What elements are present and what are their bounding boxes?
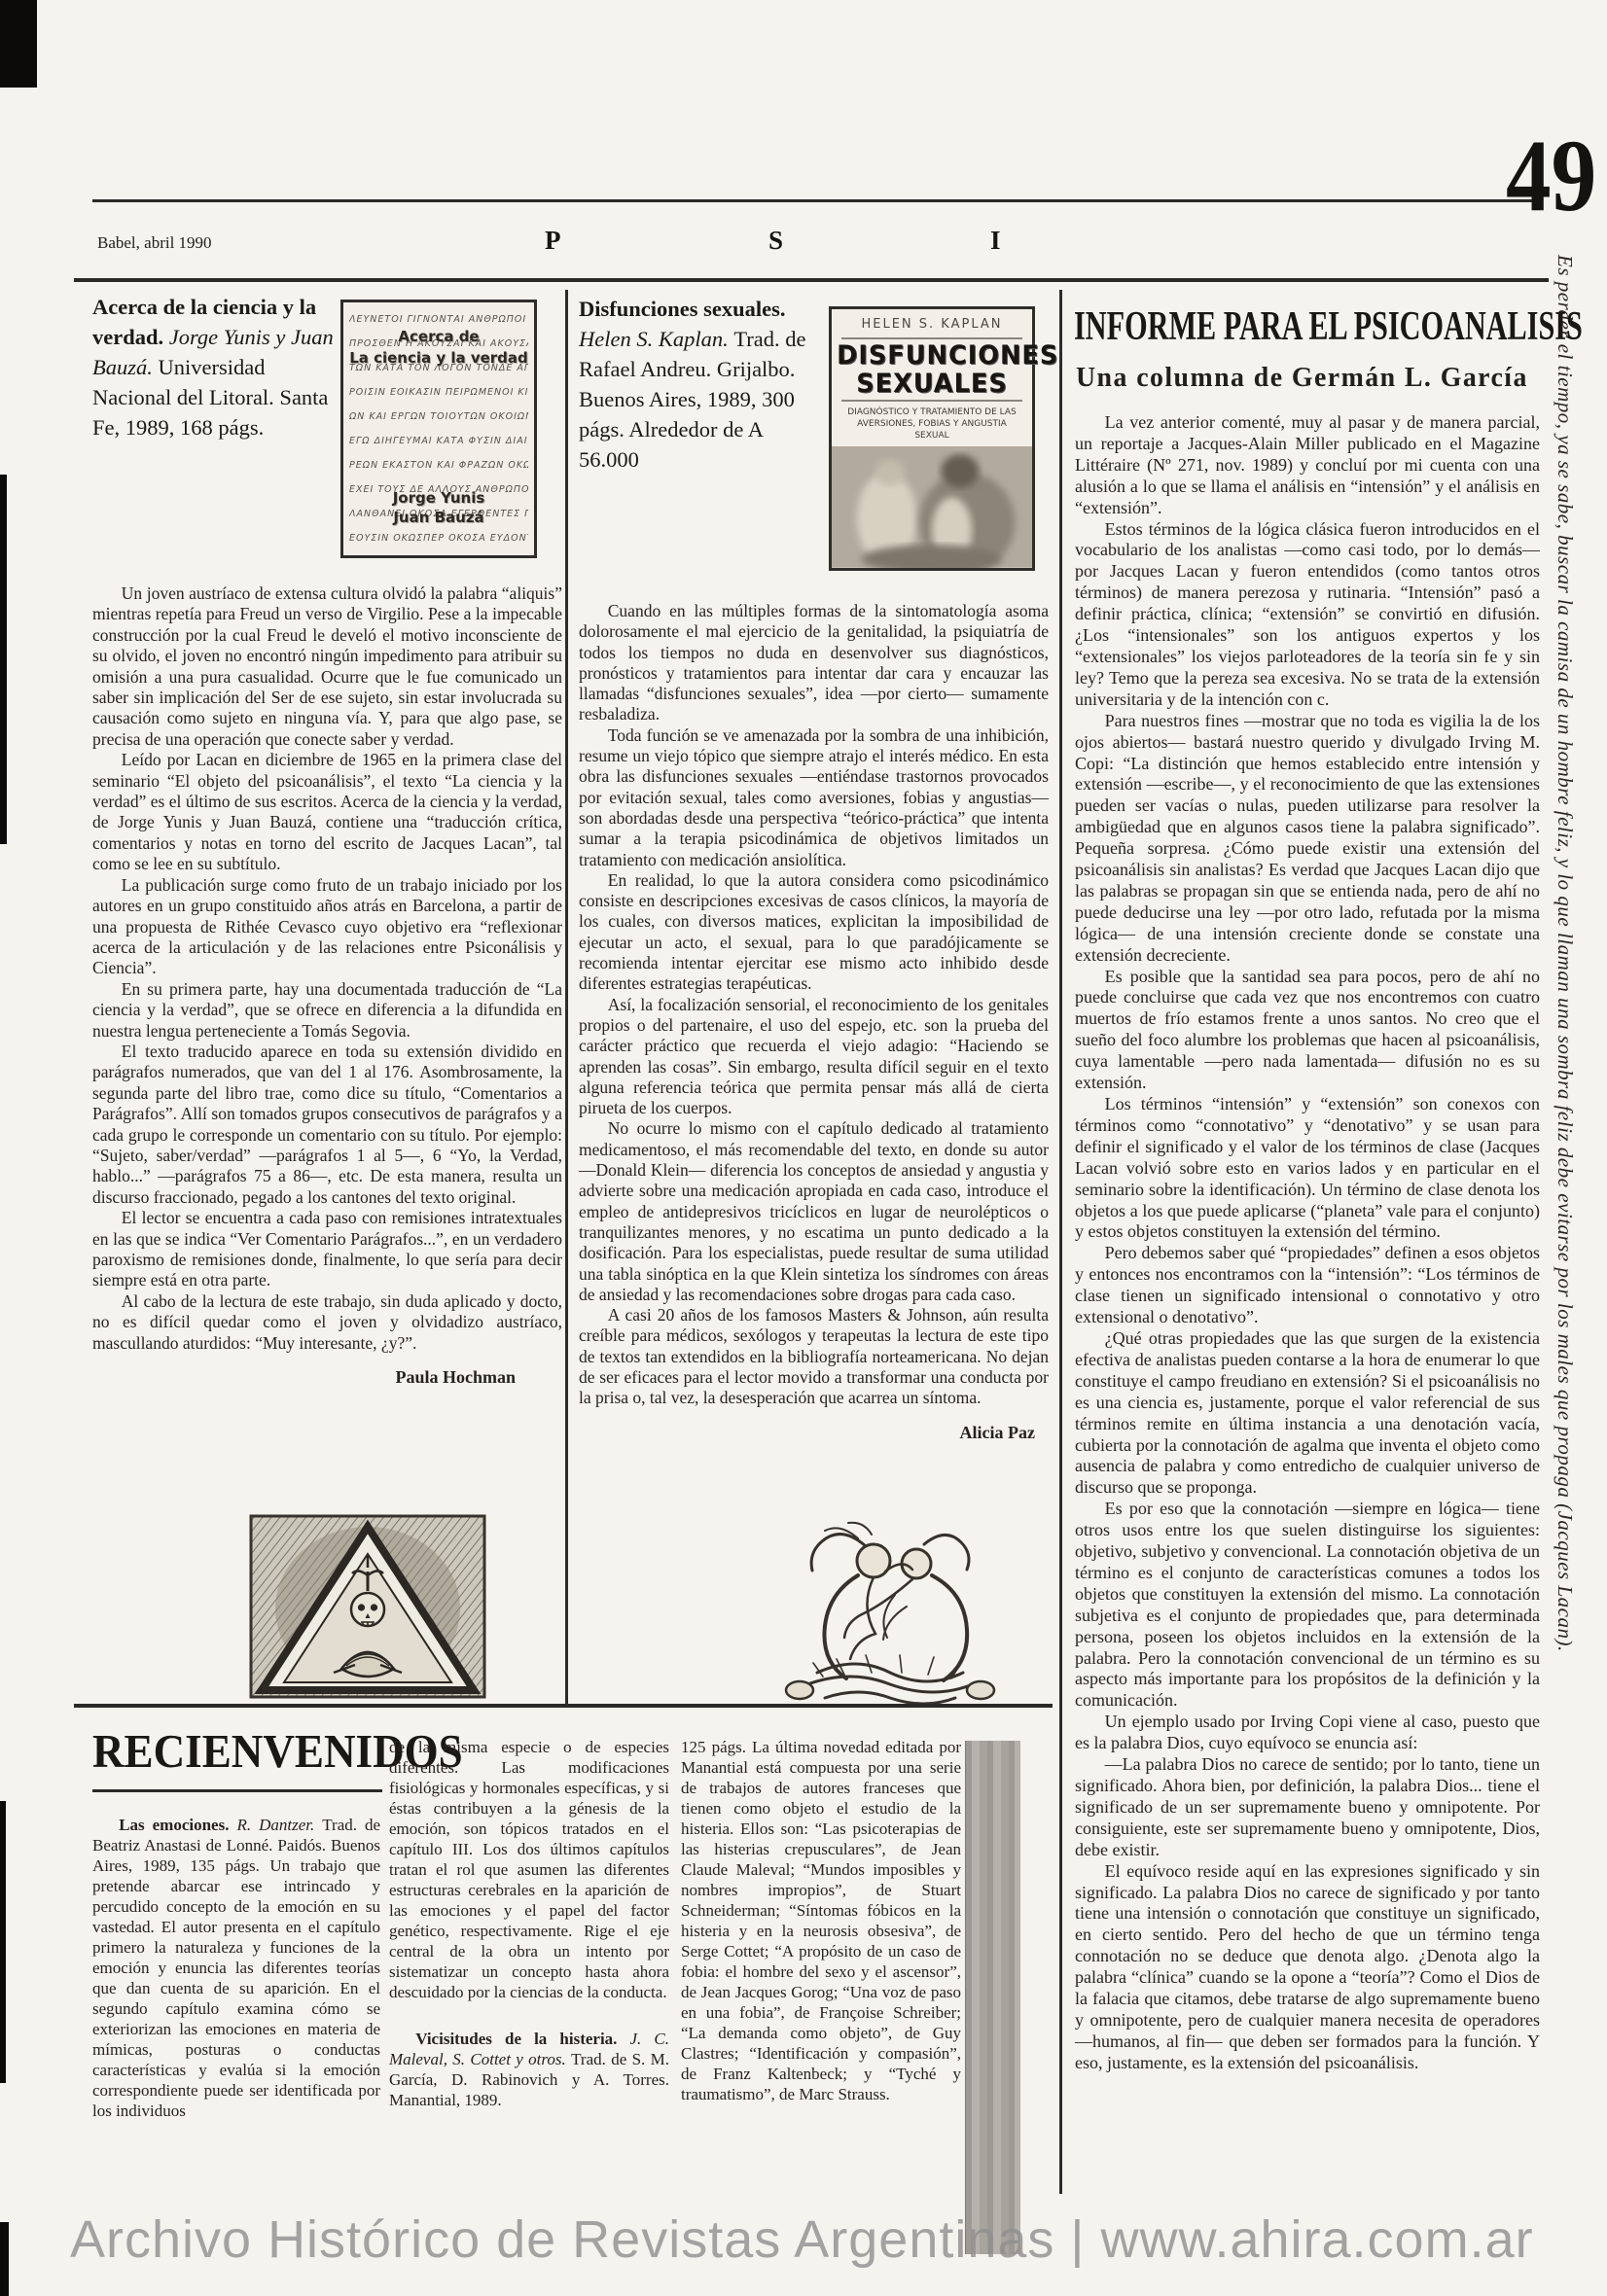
cover-painting bbox=[832, 446, 1032, 568]
review-text: 125 págs. La última novedad editada por … bbox=[681, 1738, 961, 2103]
archive-watermark: Archivo Histórico de Revistas Argentinas… bbox=[70, 2209, 1534, 2270]
book-cover-disfunciones: HELEN S. KAPLAN DISFUNCIONES SEXUALES DI… bbox=[829, 306, 1035, 571]
paragraph: de la misma especie o de especies difere… bbox=[389, 1737, 669, 2002]
paragraph: Leído por Lacan en diciembre de 1965 en … bbox=[92, 750, 562, 874]
paragraph: Las emociones.R. Dantzer.Trad. de Beatri… bbox=[92, 1815, 380, 2121]
paragraph: La publicación surge como fruto de un tr… bbox=[92, 875, 562, 979]
paragraph: A casi 20 años de los famosos Masters & … bbox=[579, 1305, 1049, 1408]
book-title: Las emociones. bbox=[119, 1816, 236, 1834]
triangle-skull-illustration bbox=[248, 1513, 487, 1711]
book-title: Disfunciones sexuales. bbox=[579, 297, 786, 321]
paragraph: El lector se encuentra a cada paso con r… bbox=[92, 1208, 562, 1291]
cover-title-line1: DISFUNCIONES bbox=[837, 341, 1027, 370]
paragraph: El texto traducido aparece en toda su ex… bbox=[92, 1042, 562, 1208]
review-left-signature: Paula Hochman bbox=[92, 1367, 562, 1388]
column-subtitle: Una columna de Germán L. García bbox=[1076, 362, 1528, 394]
page-number: 49 bbox=[1506, 124, 1596, 228]
triangle-skull-icon bbox=[248, 1513, 487, 1706]
paragraph: La vez anterior comenté, muy al pasar y … bbox=[1075, 412, 1540, 519]
journal-date: Babel, abril 1990 bbox=[97, 233, 212, 253]
bottom-column-3: 125 págs. La última novedad editada por … bbox=[681, 1737, 961, 2104]
scan-artifact bbox=[0, 2222, 9, 2296]
paragraph: Al cabo de la lectura de este trabajo, s… bbox=[92, 1291, 562, 1354]
book-title: Vicisitudes de la histeria. bbox=[415, 2030, 629, 2048]
cover-greek-line: ΕΓΩ ΔΙΗΓΕΥΜΑΙ ΚΑΤΑ ΦΥΣΙΝ ΔΙΑΙ- bbox=[349, 436, 528, 446]
paragraph: Estos términos de la lógica clásica fuer… bbox=[1075, 519, 1540, 711]
margin-quote: Es perder el tiempo, ya se sabe, buscar … bbox=[1553, 255, 1577, 1558]
paragraph: El equívoco reside aquí en las expresion… bbox=[1075, 1861, 1540, 2074]
column-divider-right bbox=[1059, 290, 1062, 2194]
cover-greek-line: ΕΟΥΣΙΝ ΟΚΩΣΠΕΡ ΟΚΟΣΑ ΕΥΔΟΝΤΕΣ bbox=[349, 533, 528, 544]
paragraph: Es por eso que la connotación —siempre e… bbox=[1075, 1499, 1540, 1712]
cover-title-top: Acerca de bbox=[343, 328, 534, 345]
paragraph: Un ejemplo usado por Irving Copi viene a… bbox=[1075, 1712, 1540, 1754]
review-left-body: Un joven austríaco de extensa cultura ol… bbox=[92, 583, 562, 1388]
column-title: INFORME PARA EL PSICOANALISIS bbox=[1074, 303, 1583, 350]
cover-greek-line: ΡΕΩΝ ΕΚΑΣΤΟΝ ΚΑΙ ΦΡΑΖΩΝ ΟΚΩΣ bbox=[349, 460, 528, 471]
paragraph: ¿Qué otras propiedades que las que surge… bbox=[1075, 1328, 1540, 1499]
book-author: Helen S. Kaplan. bbox=[579, 327, 733, 351]
paragraph: En realidad, lo que la autora considera … bbox=[579, 870, 1049, 995]
paragraph: Es posible que la santidad sea para poco… bbox=[1075, 967, 1540, 1094]
cover-rule bbox=[841, 337, 1022, 339]
paragraph: —La palabra Dios no carece de sentido; p… bbox=[1075, 1754, 1540, 1861]
figures-engraving-icon bbox=[749, 1517, 1031, 1712]
column-body: La vez anterior comenté, muy al pasar y … bbox=[1075, 412, 1540, 2074]
section-letter-i: I bbox=[990, 226, 1001, 256]
scan-artifact bbox=[0, 0, 37, 88]
paragraph: Los términos “intensión” y “extensión” s… bbox=[1075, 1094, 1540, 1243]
paragraph: 125 págs. La última novedad editada por … bbox=[681, 1737, 961, 2104]
paragraph: Pero debemos saber qué “propiedades” def… bbox=[1075, 1243, 1540, 1328]
paragraph: Un joven austríaco de extensa cultura ol… bbox=[92, 583, 562, 750]
review-text: de la misma especie o de especies difere… bbox=[389, 1738, 669, 2001]
cover-greek-line: ΛΕΥΝΕΤΟΙ ΓΙΓΝΟΝΤΑΙ ΑΝΘΡΩΠΟΙ ΚΑΙ bbox=[349, 314, 528, 325]
scan-gray-strip bbox=[965, 1741, 1020, 2254]
scan-artifact bbox=[0, 475, 7, 844]
recienvenidos-underline bbox=[92, 1789, 382, 1792]
cover-greek-line: ΩΝ ΚΑΙ ΕΡΓΩΝ ΤΟΙΟΥΤΩΝ ΟΚΟΙΩΝ bbox=[349, 411, 528, 422]
section-letter-p: P bbox=[545, 226, 561, 256]
cover-author1: Jorge Yunis bbox=[343, 489, 534, 507]
paragraph: No ocurre lo mismo con el capítulo dedic… bbox=[579, 1118, 1049, 1305]
paragraph: Toda función se ve amenazada por la somb… bbox=[579, 725, 1049, 870]
cover-title-line2: SEXUALES bbox=[837, 370, 1027, 398]
review-middle-body: Cuando en las múltiples formas de la sin… bbox=[579, 601, 1049, 1443]
cover-greek-line: ΡΟΙΣΙΝ ΕΟΙΚΑΣΙΝ ΠΕΙΡΩΜΕΝΟΙ ΚΙ ΕΠΕ- bbox=[349, 387, 528, 398]
cover-author2: Juan Bauzá bbox=[343, 509, 534, 526]
header-rule-top bbox=[92, 199, 1534, 202]
section-letter-s: S bbox=[768, 226, 783, 256]
paragraph: En su primera parte, hay una documentada… bbox=[92, 979, 562, 1042]
header-rule-bottom bbox=[74, 278, 1549, 282]
column-divider-left bbox=[565, 290, 568, 1706]
cover-rule bbox=[841, 400, 1022, 402]
cover-title-main: La ciencia y la verdad bbox=[343, 349, 534, 367]
review-middle-signature: Alicia Paz bbox=[579, 1423, 1049, 1443]
bottom-column-1: Las emociones.R. Dantzer.Trad. de Beatri… bbox=[92, 1815, 380, 2121]
bottom-column-2: de la misma especie o de especies difere… bbox=[389, 1737, 669, 2110]
review-middle-heading: Disfunciones sexuales.Helen S. Kaplan.Tr… bbox=[579, 294, 824, 475]
section-rule bbox=[74, 1704, 1053, 1708]
magazine-page: Babel, abril 1990 P S I 49 Es perder el … bbox=[0, 0, 1607, 2296]
review-left-heading: Acerca de la ciencia y la verdad.Jorge Y… bbox=[92, 292, 338, 442]
cover-subtitle: DIAGNÓSTICO Y TRATAMIENTO DE LAS AVERSIO… bbox=[832, 404, 1032, 444]
review-text: Trad. de Beatriz Anastasi de Lonné. Paid… bbox=[92, 1816, 380, 2120]
paragraph: Para nuestros fines —mostrar que no toda… bbox=[1075, 711, 1540, 967]
book-author: R. Dantzer. bbox=[236, 1816, 322, 1834]
book-cover-ciencia-verdad: ΛΕΥΝΕΤΟΙ ΓΙΓΝΟΝΤΑΙ ΑΝΘΡΩΠΟΙ ΚΑΙΠΡΟΣΘΕΝ Η… bbox=[340, 300, 537, 558]
paragraph: Así, la focalización sensorial, el recon… bbox=[579, 995, 1049, 1119]
paragraph: Vicisitudes de la histeria.J. C. Maleval… bbox=[389, 2029, 669, 2110]
cover-author: HELEN S. KAPLAN bbox=[832, 309, 1032, 336]
paragraph: Cuando en las múltiples formas de la sin… bbox=[579, 601, 1049, 725]
scan-artifact bbox=[0, 1801, 6, 2083]
embracing-figures-illustration bbox=[749, 1517, 1031, 1716]
